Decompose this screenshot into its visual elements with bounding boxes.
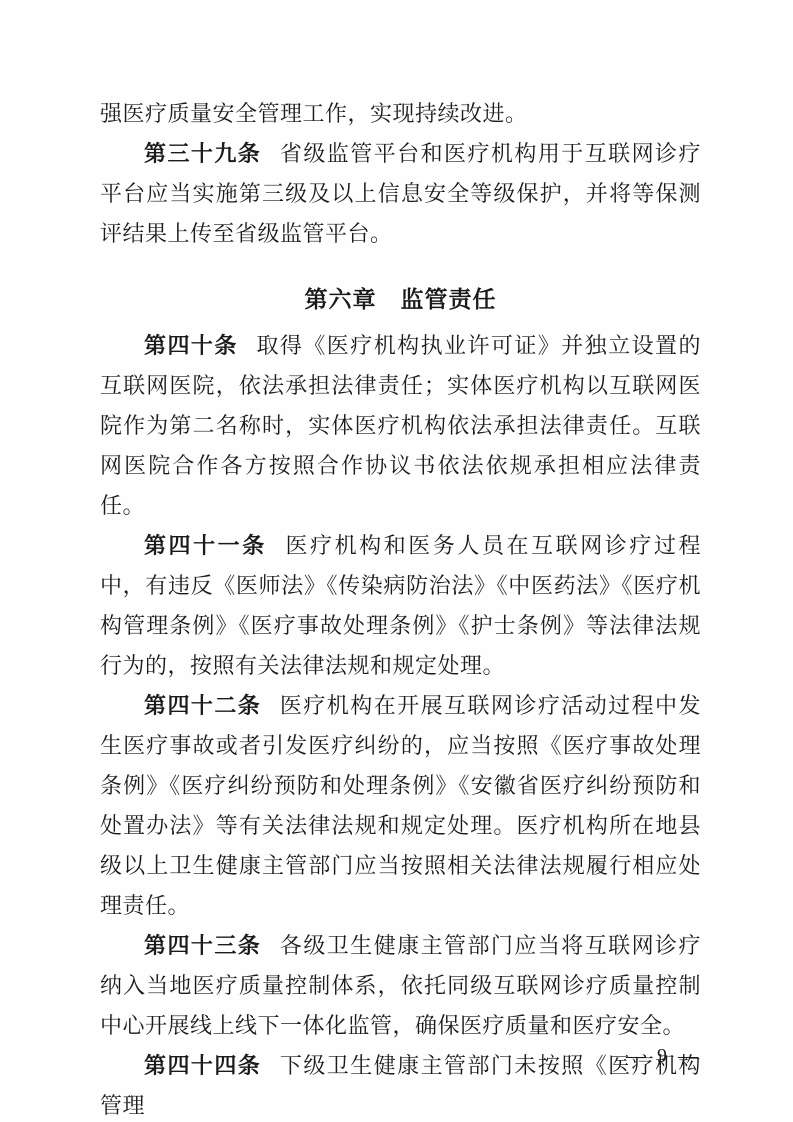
chapter-heading: 第六章 监管责任 bbox=[100, 280, 701, 320]
paragraph-article-42: 第四十二条医疗机构在开展互联网诊疗活动过程中发生医疗事故或者引发医疗纠纷的，应当… bbox=[100, 686, 701, 926]
article-number-44: 第四十四条 bbox=[144, 1053, 261, 1078]
article-number-43: 第四十三条 bbox=[144, 933, 261, 958]
paragraph-article-41: 第四十一条医疗机构和医务人员在互联网诊疗过程中，有违反《医师法》《传染病防治法》… bbox=[100, 526, 701, 686]
page-number: — 9 — bbox=[626, 1045, 701, 1068]
paragraph-text: 强医疗质量安全管理工作，实现持续改进。 bbox=[100, 101, 528, 126]
paragraph-article-40: 第四十条取得《医疗机构执业许可证》并独立设置的互联网医院，依法承担法律责任；实体… bbox=[100, 326, 701, 526]
article-text-40: 取得《医疗机构执业许可证》并独立设置的互联网医院，依法承担法律责任；实体医疗机构… bbox=[100, 333, 701, 518]
document-content: 强医疗质量安全管理工作，实现持续改进。 第三十九条省级监管平台和医疗机构用于互联… bbox=[100, 94, 701, 1122]
document-page: 强医疗质量安全管理工作，实现持续改进。 第三十九条省级监管平台和医疗机构用于互联… bbox=[0, 0, 793, 1122]
paragraph-article-44: 第四十四条下级卫生健康主管部门未按照《医疗机构管理 bbox=[100, 1046, 701, 1122]
article-number-42: 第四十二条 bbox=[144, 693, 261, 718]
article-number-41: 第四十一条 bbox=[144, 533, 267, 558]
article-number-40: 第四十条 bbox=[144, 333, 238, 358]
article-number-39: 第三十九条 bbox=[144, 141, 261, 166]
article-text-42: 医疗机构在开展互联网诊疗活动过程中发生医疗事故或者引发医疗纠纷的，应当按照《医疗… bbox=[100, 693, 701, 918]
paragraph-continuation: 强医疗质量安全管理工作，实现持续改进。 bbox=[100, 94, 701, 134]
paragraph-article-39: 第三十九条省级监管平台和医疗机构用于互联网诊疗平台应当实施第三级及以上信息安全等… bbox=[100, 134, 701, 254]
paragraph-article-43: 第四十三条各级卫生健康主管部门应当将互联网诊疗纳入当地医疗质量控制体系，依托同级… bbox=[100, 926, 701, 1046]
